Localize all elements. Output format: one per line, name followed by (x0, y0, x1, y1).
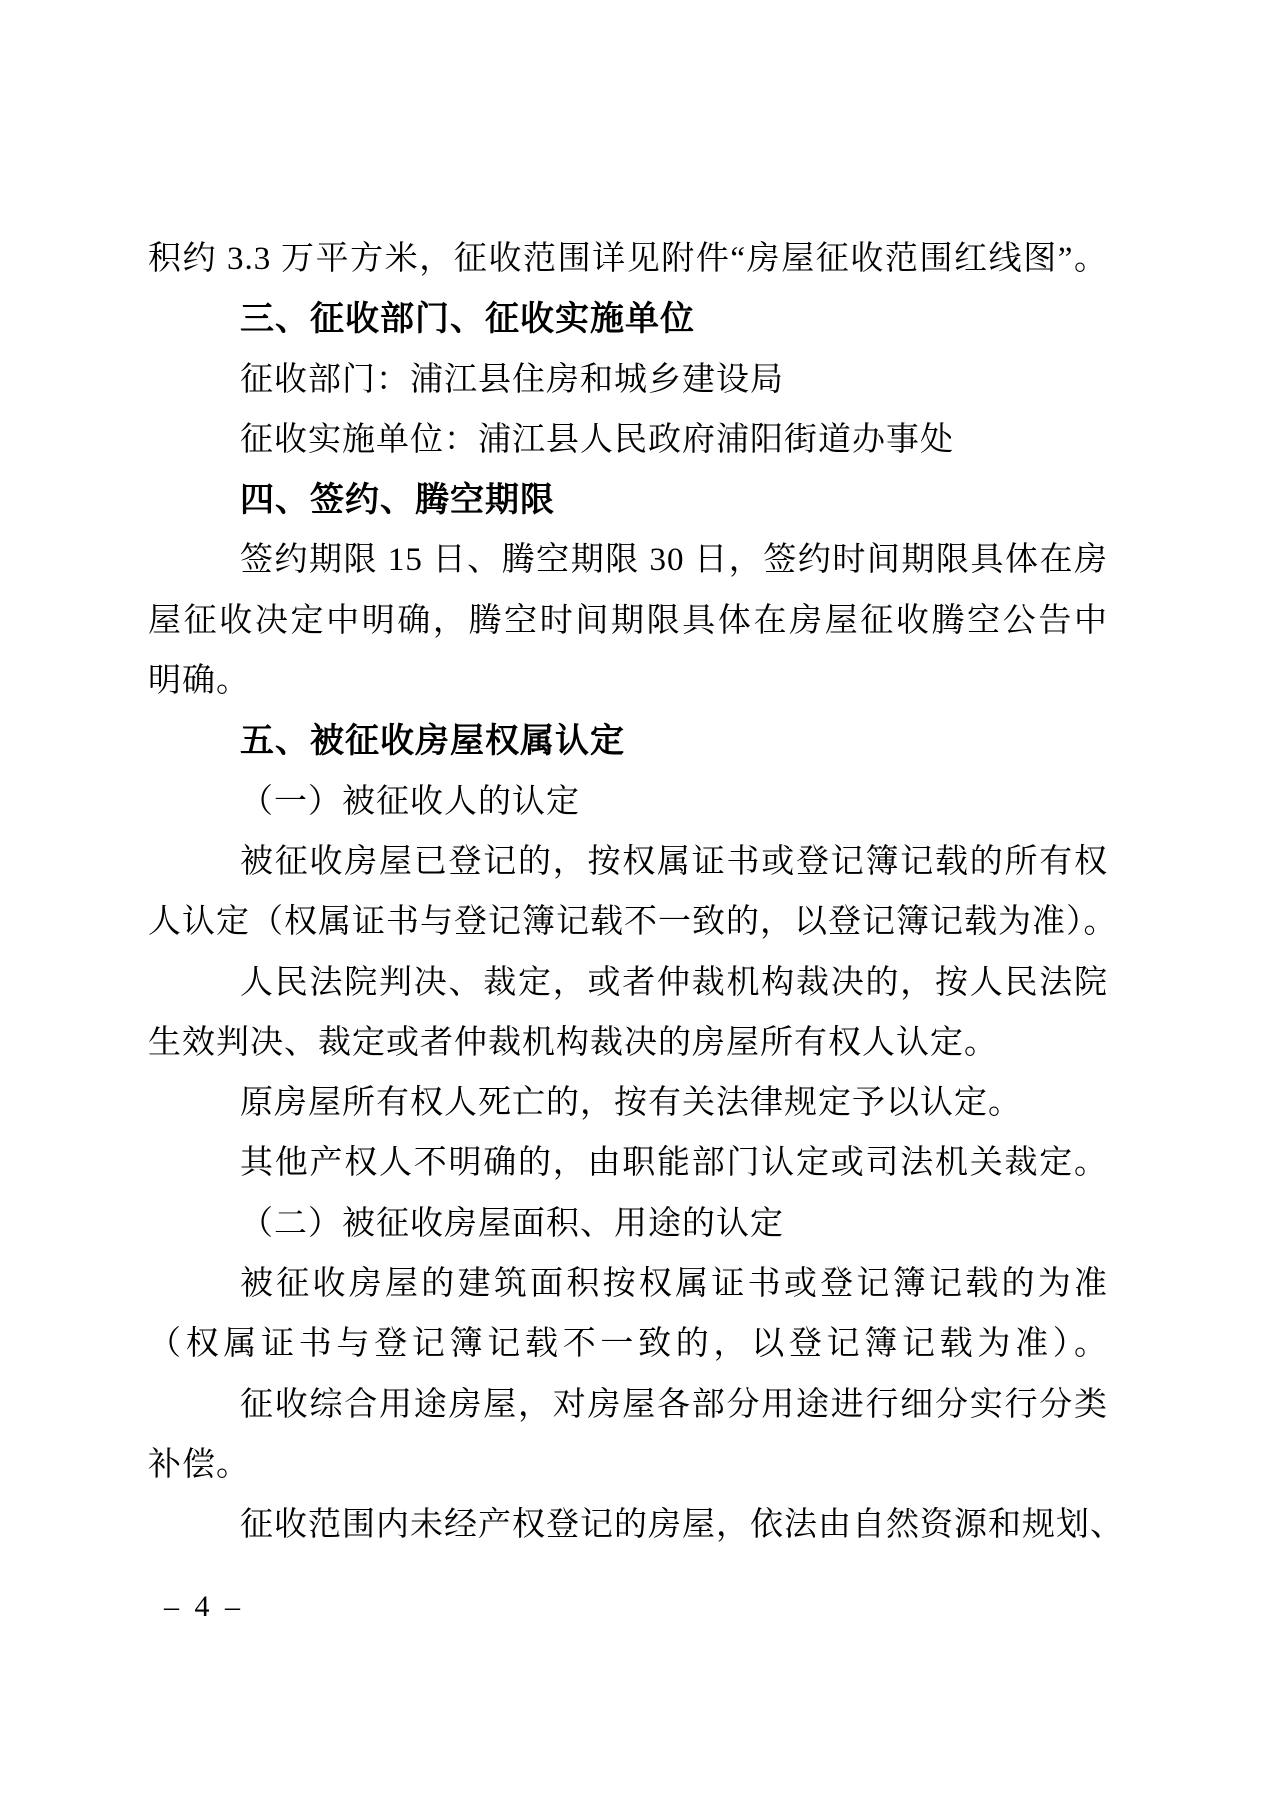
paragraph-line: 其他产权人不明确的，由职能部门认定或司法机关裁定。 (148, 1133, 1108, 1193)
paragraph-line: 被征收房屋已登记的，按权属证书或登记簿记载的所有权 (148, 832, 1108, 892)
document-page: 积约 3.3 万平方米，征收范围详见附件“房屋征收范围红线图”。 三、征收部门、… (0, 0, 1280, 1810)
paragraph-line: 人民法院判决、裁定，或者仲裁机构裁决的，按人民法院 (148, 953, 1108, 1013)
section-heading-4: 四、签约、腾空期限 (148, 470, 1108, 530)
document-body-text: 积约 3.3 万平方米，征收范围详见附件“房屋征收范围红线图”。 三、征收部门、… (148, 229, 1108, 1556)
paragraph-line: 征收部门：浦江县住房和城乡建设局 (148, 350, 1108, 410)
paragraph-line: 被征收房屋的建筑面积按权属证书或登记簿记载的为准 (148, 1254, 1108, 1314)
paragraph-line: 征收综合用途房屋，对房屋各部分用途进行细分实行分类 (148, 1375, 1108, 1435)
paragraph-line: 补偿。 (148, 1435, 1108, 1495)
page-number: – 4 – (164, 1590, 242, 1624)
paragraph-line: 征收范围内未经产权登记的房屋，依法由自然资源和规划、 (148, 1495, 1108, 1555)
paragraph-line: 生效判决、裁定或者仲裁机构裁决的房屋所有权人认定。 (148, 1013, 1108, 1073)
section-heading-5: 五、被征收房屋权属认定 (148, 711, 1108, 771)
paragraph-line: 积约 3.3 万平方米，征收范围详见附件“房屋征收范围红线图”。 (148, 229, 1108, 289)
paragraph-line: 明确。 (148, 651, 1108, 711)
subsection-heading-2: （二）被征收房屋面积、用途的认定 (148, 1194, 1108, 1254)
section-heading-3: 三、征收部门、征收实施单位 (148, 289, 1108, 349)
subsection-heading-1: （一）被征收人的认定 (148, 772, 1108, 832)
paragraph-line: 征收实施单位：浦江县人民政府浦阳街道办事处 (148, 410, 1108, 470)
paragraph-line: 签约期限 15 日、腾空期限 30 日，签约时间期限具体在房 (148, 530, 1108, 590)
paragraph-line: 人认定（权属证书与登记簿记载不一致的，以登记簿记载为准）。 (148, 892, 1108, 952)
paragraph-line: 原房屋所有权人死亡的，按有关法律规定予以认定。 (148, 1073, 1108, 1133)
paragraph-line: （权属证书与登记簿记载不一致的，以登记簿记载为准）。 (148, 1314, 1108, 1374)
paragraph-line: 屋征收决定中明确，腾空时间期限具体在房屋征收腾空公告中 (148, 591, 1108, 651)
